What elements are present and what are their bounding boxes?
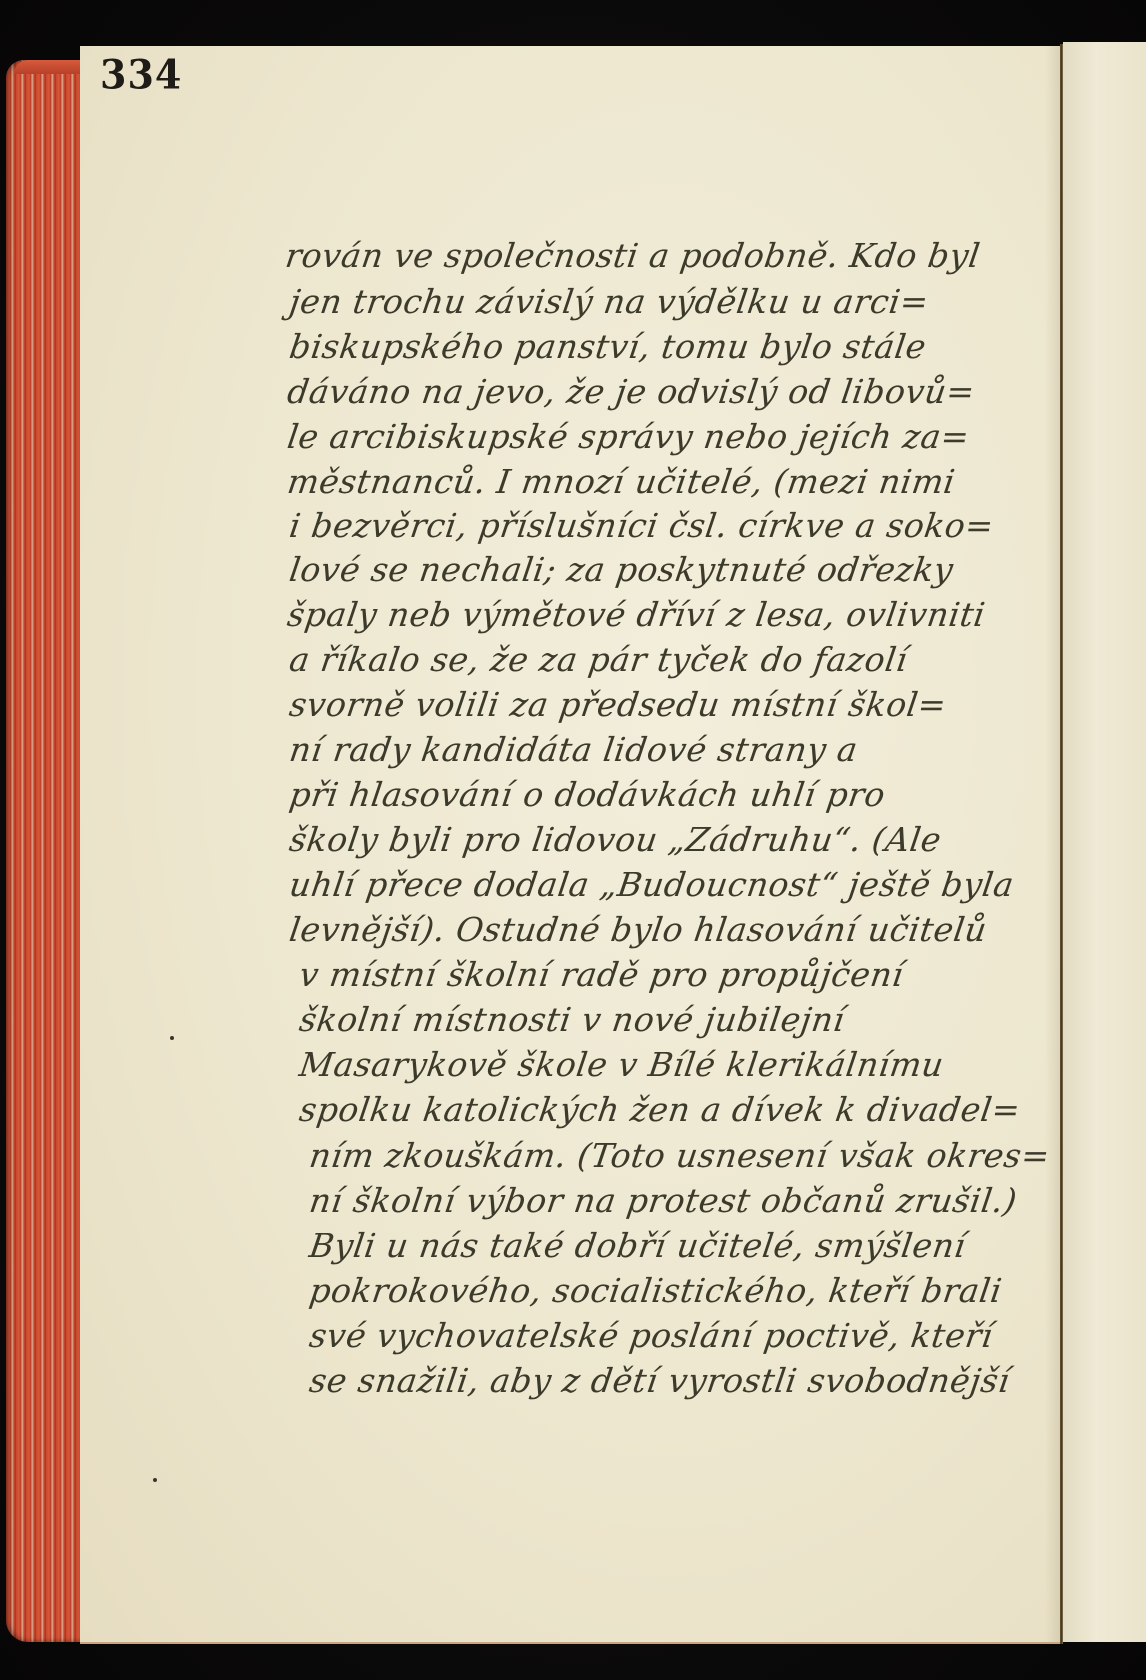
margin-ink-dot: [153, 1478, 157, 1482]
text-line: se snažili, aby z dětí vyrostli svobodně…: [307, 1361, 1012, 1400]
text-line: v místní školní radě pro propůjčení: [297, 955, 906, 994]
text-line: jen trochu závislý na výdělku u arci=: [287, 282, 931, 321]
text-line: svorně volili za předsedu místní škol=: [287, 685, 949, 724]
text-line: biskupského panství, tomu bylo stále: [287, 327, 929, 366]
handwritten-text-block: rován ve společnosti a podobně. Kdo byl …: [0, 0, 1146, 1680]
text-line: ní školní výbor na protest občanů zrušil…: [307, 1181, 1020, 1220]
text-line: ním zkouškám. (Toto usnesení však okres=: [307, 1136, 1052, 1175]
text-line: své vychovatelské poslání poctivě, kteří: [307, 1316, 996, 1355]
text-line: pokrokového, socialistického, kteří bral…: [307, 1271, 1005, 1310]
text-line: školy byli pro lidovou „Zádruhu“. (Ale: [287, 820, 944, 859]
text-line: i bezvěrci, příslušníci čsl. církve a so…: [287, 506, 996, 545]
scanned-book-spread: 334 rován ve společnosti a podobně. Kdo …: [0, 0, 1146, 1680]
margin-ink-dot: [170, 1036, 174, 1040]
text-line: uhlí přece dodala „Budoucnost“ ještě byl…: [287, 865, 1017, 904]
text-line: Masarykově škole v Bílé klerikálnímu: [297, 1045, 946, 1084]
text-line: a říkalo se, že za pár tyček do fazolí: [287, 640, 910, 679]
text-line: lové se nechali; za poskytnuté odřezky: [287, 550, 956, 589]
text-line: ní rady kandidáta lidové strany a: [287, 730, 860, 769]
text-line: spolku katolických žen a dívek k divadel…: [297, 1090, 1023, 1129]
text-line: rován ve společnosti a podobně. Kdo byl: [283, 236, 983, 275]
text-line: městnanců. I mnozí učitelé, (mezi nimi: [285, 462, 958, 501]
text-line: školní místnosti v nové jubilejní: [297, 1000, 847, 1039]
text-line: le arcibiskupské správy nebo jejích za=: [285, 417, 972, 456]
text-line: dáváno na jevo, že je odvislý od libovů=: [285, 372, 977, 411]
text-line: Byli u nás také dobří učitelé, smýšlení: [307, 1226, 968, 1265]
text-line: špaly neb výmětové dříví z lesa, ovlivni…: [285, 595, 988, 634]
text-line: levnější). Ostudné bylo hlasování učitel…: [287, 910, 989, 949]
text-line: při hlasování o dodávkách uhlí pro: [287, 775, 888, 814]
